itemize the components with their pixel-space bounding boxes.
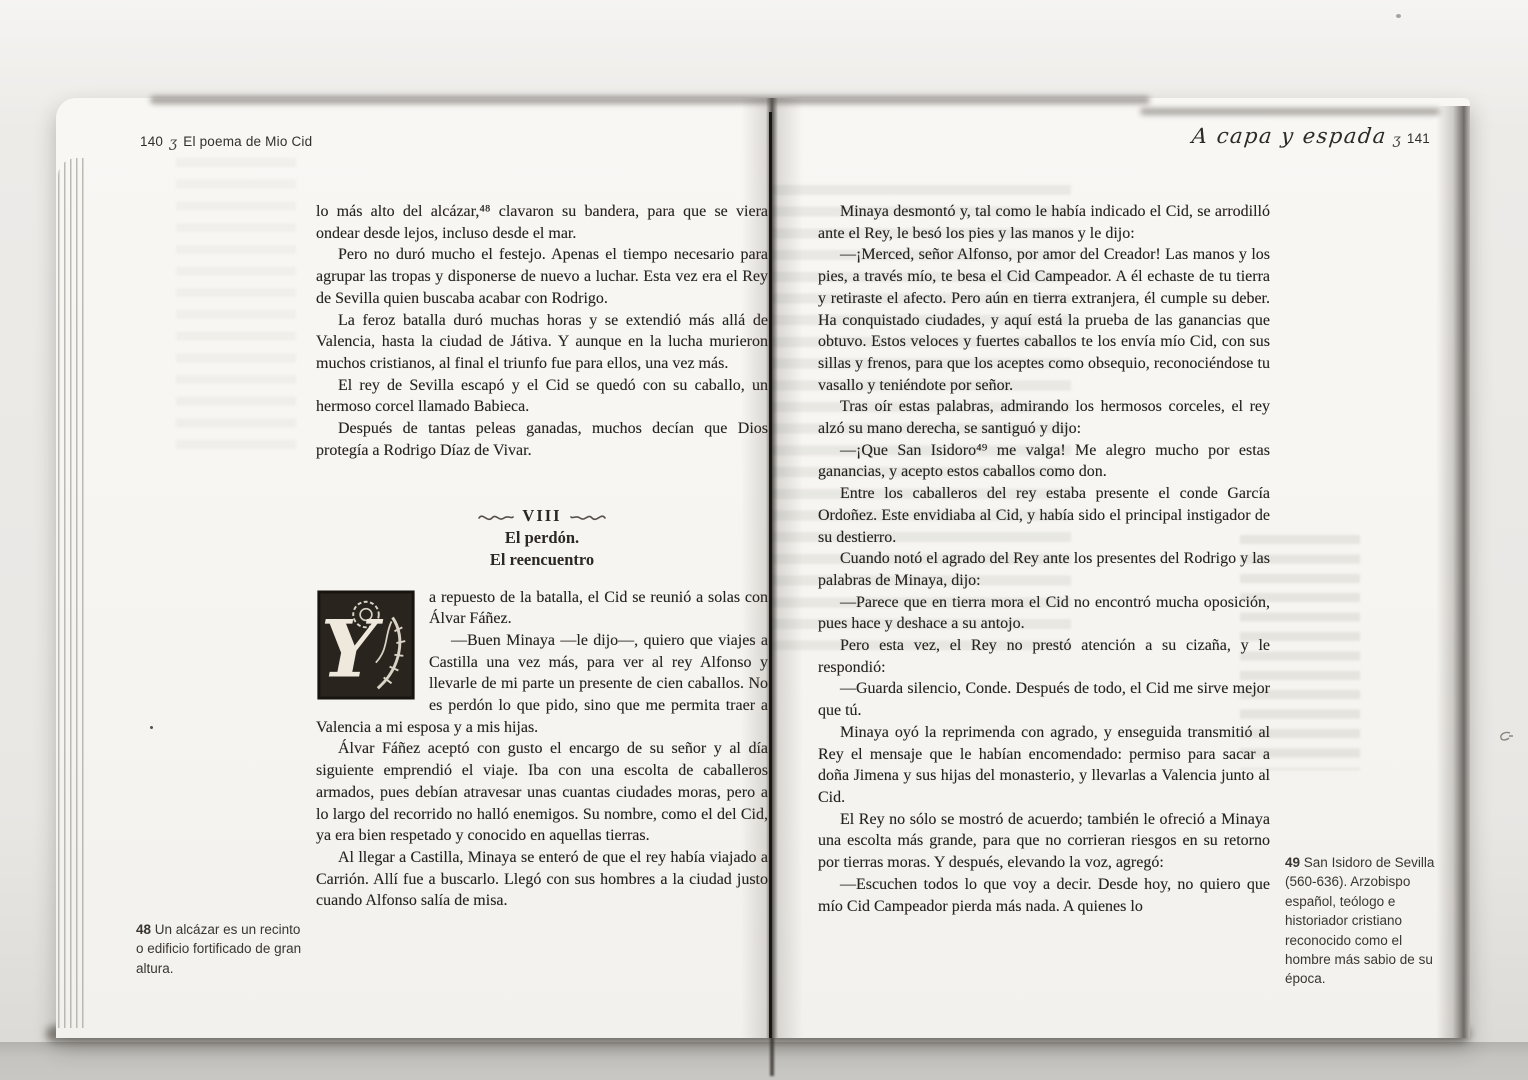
book-spread: 140ʒEl poema de Mio Cid lo más alto del … <box>56 98 1470 1038</box>
stray-pen-mark <box>1496 730 1514 742</box>
bleed-through <box>176 158 296 458</box>
footnote-marker: 48 <box>136 922 151 937</box>
footnote-marker: 49 <box>1285 855 1300 870</box>
body-paragraph: Minaya desmontó y, tal como le había ind… <box>818 201 1270 244</box>
gutter-shadow <box>741 98 803 1038</box>
chapter-heading: VIII El perdón. El reencuentro <box>316 505 768 570</box>
ornament-flourish-icon <box>478 512 514 523</box>
scanner-background <box>0 1042 1528 1080</box>
scan-smudge <box>150 96 1150 104</box>
body-paragraph: Álvar Fáñez aceptó con gusto el encargo … <box>316 738 768 847</box>
header-separator-glyph: ʒ <box>169 135 177 151</box>
body-paragraph: Cuando notó el agrado del Rey ante los p… <box>818 548 1270 591</box>
right-page: A capa y espadaʒ141 Minaya desmontó y, t… <box>771 98 1470 1038</box>
scan-speck <box>150 726 153 729</box>
body-paragraph: Entre los caballeros del rey estaba pres… <box>818 483 1270 548</box>
header-separator-glyph: ʒ <box>1393 132 1401 148</box>
body-paragraph: La feroz batalla duró muchas horas y se … <box>316 310 768 375</box>
body-paragraph: Al llegar a Castilla, Minaya se enteró d… <box>316 847 768 912</box>
body-paragraph: —Parece que en tierra mora el Cid no enc… <box>818 592 1270 635</box>
right-text-column: Minaya desmontó y, tal como le había ind… <box>818 201 1270 917</box>
right-running-title: A capa y espada <box>1191 124 1388 148</box>
margin-footnote: 49 San Isidoro de Sevilla (560-636). Arz… <box>1285 853 1443 989</box>
body-paragraph: Minaya oyó la reprimenda con agrado, y e… <box>818 722 1270 809</box>
left-running-title: El poema de Mio Cid <box>183 134 312 149</box>
ornament-flourish-icon <box>570 512 606 523</box>
page-edge-lines <box>58 158 84 1028</box>
right-page-number: 141 <box>1407 131 1430 146</box>
body-paragraph: Tras oír estas palabras, admirando los h… <box>818 396 1270 439</box>
scanned-book-page: { "colors": { "paper": "#f7f5f1", "ink":… <box>0 0 1528 1080</box>
drop-cap-initial: Y <box>316 590 416 700</box>
body-paragraph: Pero no duró mucho el festejo. Apenas el… <box>316 244 768 309</box>
body-paragraph: —¡Merced, señor Alfonso, por amor del Cr… <box>818 244 1270 396</box>
left-text-column: lo más alto del alcázar,⁴⁸ clavaron su b… <box>316 201 768 912</box>
right-running-head: A capa y espadaʒ141 <box>1192 124 1430 148</box>
page-edge-shadow <box>1436 106 1470 1038</box>
chapter-opening: Y a repuesto de la batalla, el Cid se re… <box>316 587 768 913</box>
footnote-text: San Isidoro de Sevilla (560-636). Arzobi… <box>1285 855 1434 986</box>
gutter-line <box>769 112 772 1038</box>
left-page: 140ʒEl poema de Mio Cid lo más alto del … <box>56 98 771 1038</box>
chapter-title-line: El reencuentro <box>316 549 768 571</box>
body-paragraph: Pero esta vez, el Rey no prestó atención… <box>818 635 1270 678</box>
svg-text:Y: Y <box>321 602 384 695</box>
body-paragraph: El Rey no sólo se mostró de acuerdo; tam… <box>818 809 1270 874</box>
gutter-shadow-tail <box>770 1036 774 1076</box>
scan-smudge <box>1140 108 1440 115</box>
chapter-title-line: El perdón. <box>316 527 768 549</box>
body-paragraph: Después de tantas peleas ganadas, muchos… <box>316 418 768 461</box>
chapter-number: VIII <box>522 506 561 525</box>
body-paragraph: lo más alto del alcázar,⁴⁸ clavaron su b… <box>316 201 768 244</box>
footnote-text: Un alcázar es un recinto o edificio fort… <box>136 922 301 976</box>
body-paragraph: —¡Que San Isidoro⁴⁹ me valga! Me alegro … <box>818 440 1270 483</box>
body-paragraph: —Escuchen todos lo que voy a decir. Desd… <box>818 874 1270 917</box>
body-paragraph: —Guarda silencio, Conde. Después de todo… <box>818 678 1270 721</box>
margin-footnote: 48 Un alcázar es un recinto o edificio f… <box>136 920 311 978</box>
left-page-number: 140 <box>140 134 163 149</box>
left-running-head: 140ʒEl poema de Mio Cid <box>140 134 312 150</box>
scan-speck <box>1396 14 1401 18</box>
body-paragraph: El rey de Sevilla escapó y el Cid se que… <box>316 375 768 418</box>
